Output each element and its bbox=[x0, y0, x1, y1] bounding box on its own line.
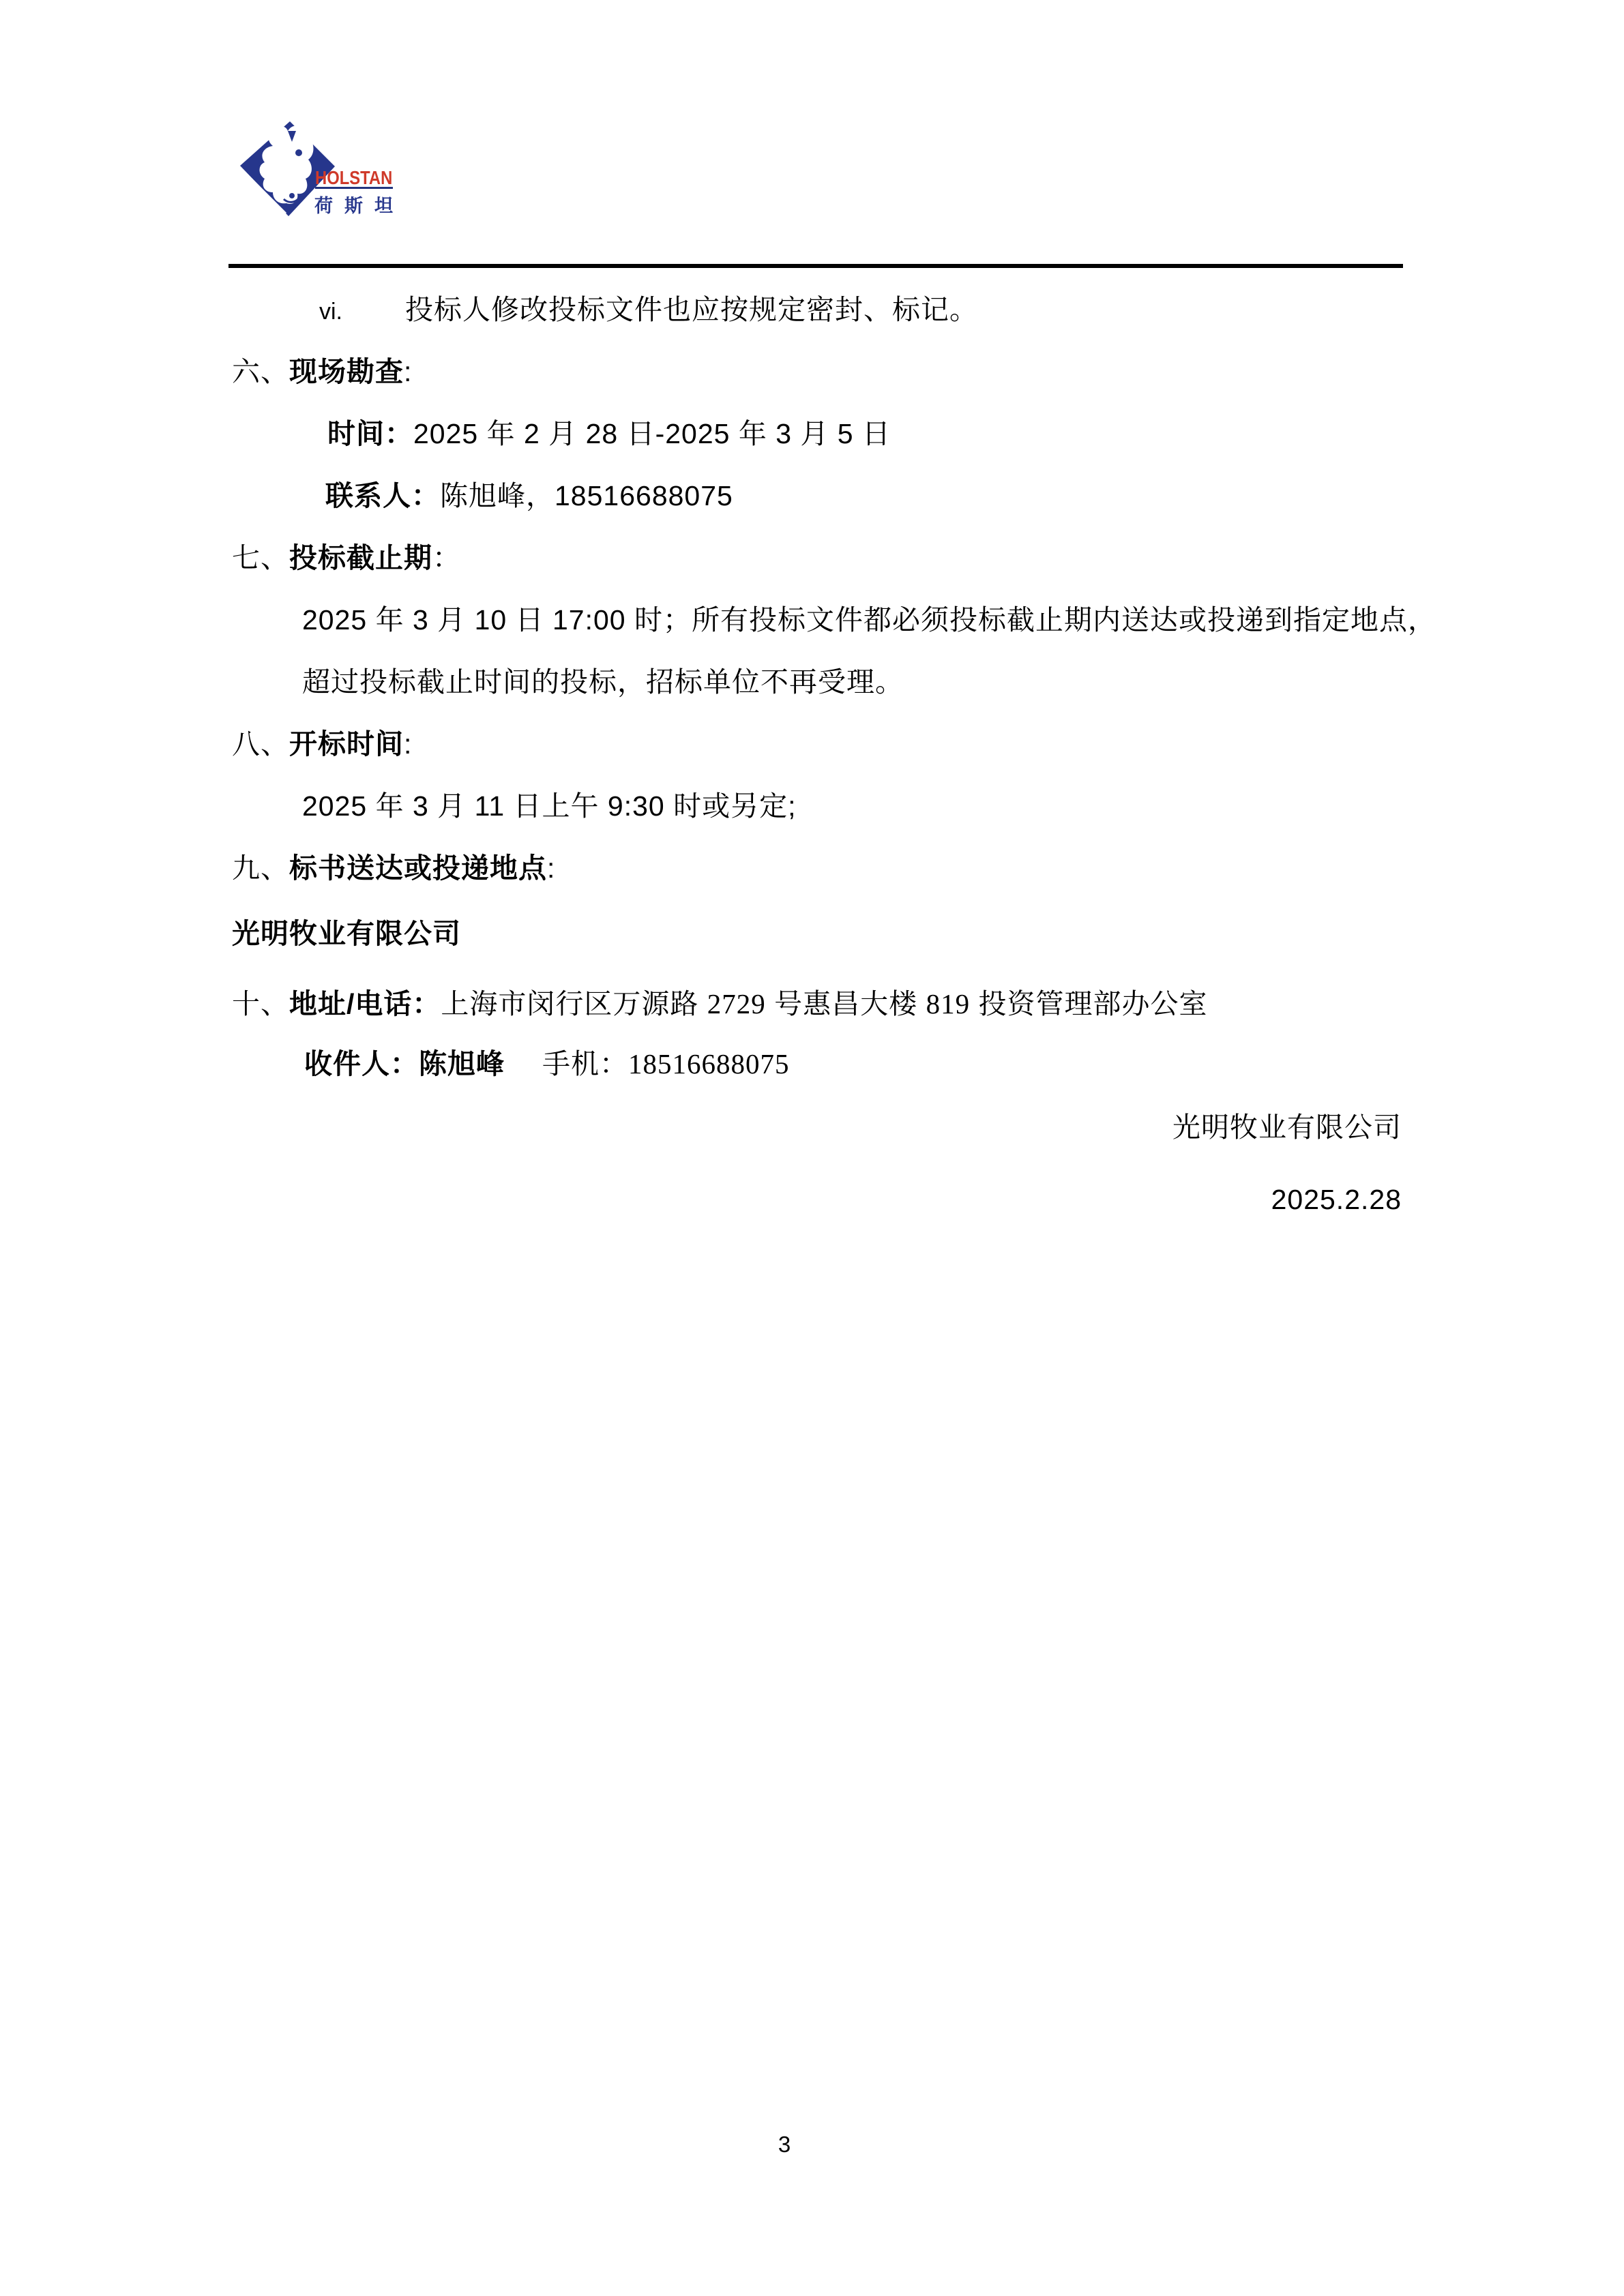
list-item-vi-text: 投标人修改投标文件也应按规定密封、标记。 bbox=[405, 294, 978, 325]
section-7-colon: ： bbox=[432, 542, 461, 573]
site-visit-contact-line: 联系人：陈旭峰，18516688075 bbox=[325, 479, 733, 512]
section-8-title: 开标时间 bbox=[289, 728, 404, 760]
section-6-number: 六、 bbox=[232, 356, 289, 387]
holstan-logo: HOLSTAN 荷斯坦 bbox=[232, 113, 518, 243]
section-8-paragraph: 2025 年 3 月 11 日上午 9:30 时或另定; bbox=[302, 790, 797, 822]
address-street-number: 2729 bbox=[707, 988, 766, 1019]
logo-brand-name: HOLSTAN bbox=[315, 167, 392, 189]
section-8-colon: : bbox=[404, 728, 412, 760]
section-7-paragraph-1: 2025 年 3 月 10 日 17:00 时；所有投标文件都必须投标截止期内送… bbox=[302, 603, 1436, 636]
site-visit-time-line: 时间：2025 年 2 月 28 日-2025 年 3 月 5 日 bbox=[327, 417, 891, 450]
address-room-number: 819 bbox=[926, 988, 971, 1019]
section-9-title: 标书送达或投递地点 bbox=[289, 852, 547, 884]
address-text-mid: 号惠昌大楼 bbox=[766, 988, 926, 1019]
contact-label: 联系人： bbox=[325, 480, 440, 511]
section-7-paragraph-2: 超过投标截止时间的投标，招标单位不再受理。 bbox=[302, 666, 904, 698]
signature-date: 2025.2.28 bbox=[1271, 1183, 1402, 1216]
signature-company: 光明牧业有限公司 bbox=[1172, 1111, 1402, 1144]
section-7-number: 七、 bbox=[232, 542, 289, 573]
time-label: 时间： bbox=[327, 418, 413, 449]
address-text-post: 投资管理部办公室 bbox=[970, 988, 1207, 1019]
phone-label: 手机： bbox=[542, 1048, 628, 1079]
logo-underline bbox=[315, 187, 393, 189]
recipient-label: 收件人：陈旭峰 bbox=[304, 1048, 505, 1079]
section-6-colon: : bbox=[404, 356, 412, 387]
section-9-colon: : bbox=[547, 852, 555, 884]
time-value: 2025 年 2 月 28 日-2025 年 3 月 5 日 bbox=[413, 418, 891, 449]
list-item-vi-marker: vi. bbox=[319, 298, 405, 325]
recipient-line: 收件人：陈旭峰手机：18516688075 bbox=[304, 1047, 790, 1080]
section-10-label: 地址/电话： bbox=[289, 988, 441, 1019]
list-item-vi: vi.投标人修改投标文件也应按规定密封、标记。 bbox=[319, 293, 978, 326]
delivery-company-line: 光明牧业有限公司 bbox=[232, 917, 461, 950]
section-10-number: 十、 bbox=[232, 988, 289, 1019]
header-divider bbox=[228, 264, 1403, 268]
section-7-title: 投标截止期 bbox=[289, 542, 432, 573]
section-6-title: 现场勘查 bbox=[289, 356, 404, 387]
contact-value: 陈旭峰，18516688075 bbox=[440, 480, 733, 511]
section-10-address-line: 十、地址/电话：上海市闵行区万源路 2729 号惠昌大楼 819 投资管理部办公… bbox=[232, 987, 1207, 1020]
section-8-number: 八、 bbox=[232, 728, 289, 760]
page-number: 3 bbox=[750, 2132, 818, 2158]
section-7-heading: 七、投标截止期： bbox=[232, 541, 461, 574]
address-text-pre: 上海市闵行区万源路 bbox=[441, 988, 707, 1019]
document-page: HOLSTAN 荷斯坦 vi.投标人修改投标文件也应按规定密封、标记。 六、现场… bbox=[0, 0, 1624, 2296]
section-9-number: 九、 bbox=[232, 852, 289, 884]
section-6-heading: 六、现场勘查: bbox=[232, 355, 412, 388]
section-8-heading: 八、开标时间: bbox=[232, 728, 412, 760]
logo-brand-name-chinese: 荷斯坦 bbox=[314, 191, 404, 218]
phone-value: 18516688075 bbox=[628, 1048, 790, 1079]
section-9-heading: 九、标书送达或投递地点: bbox=[232, 852, 555, 884]
